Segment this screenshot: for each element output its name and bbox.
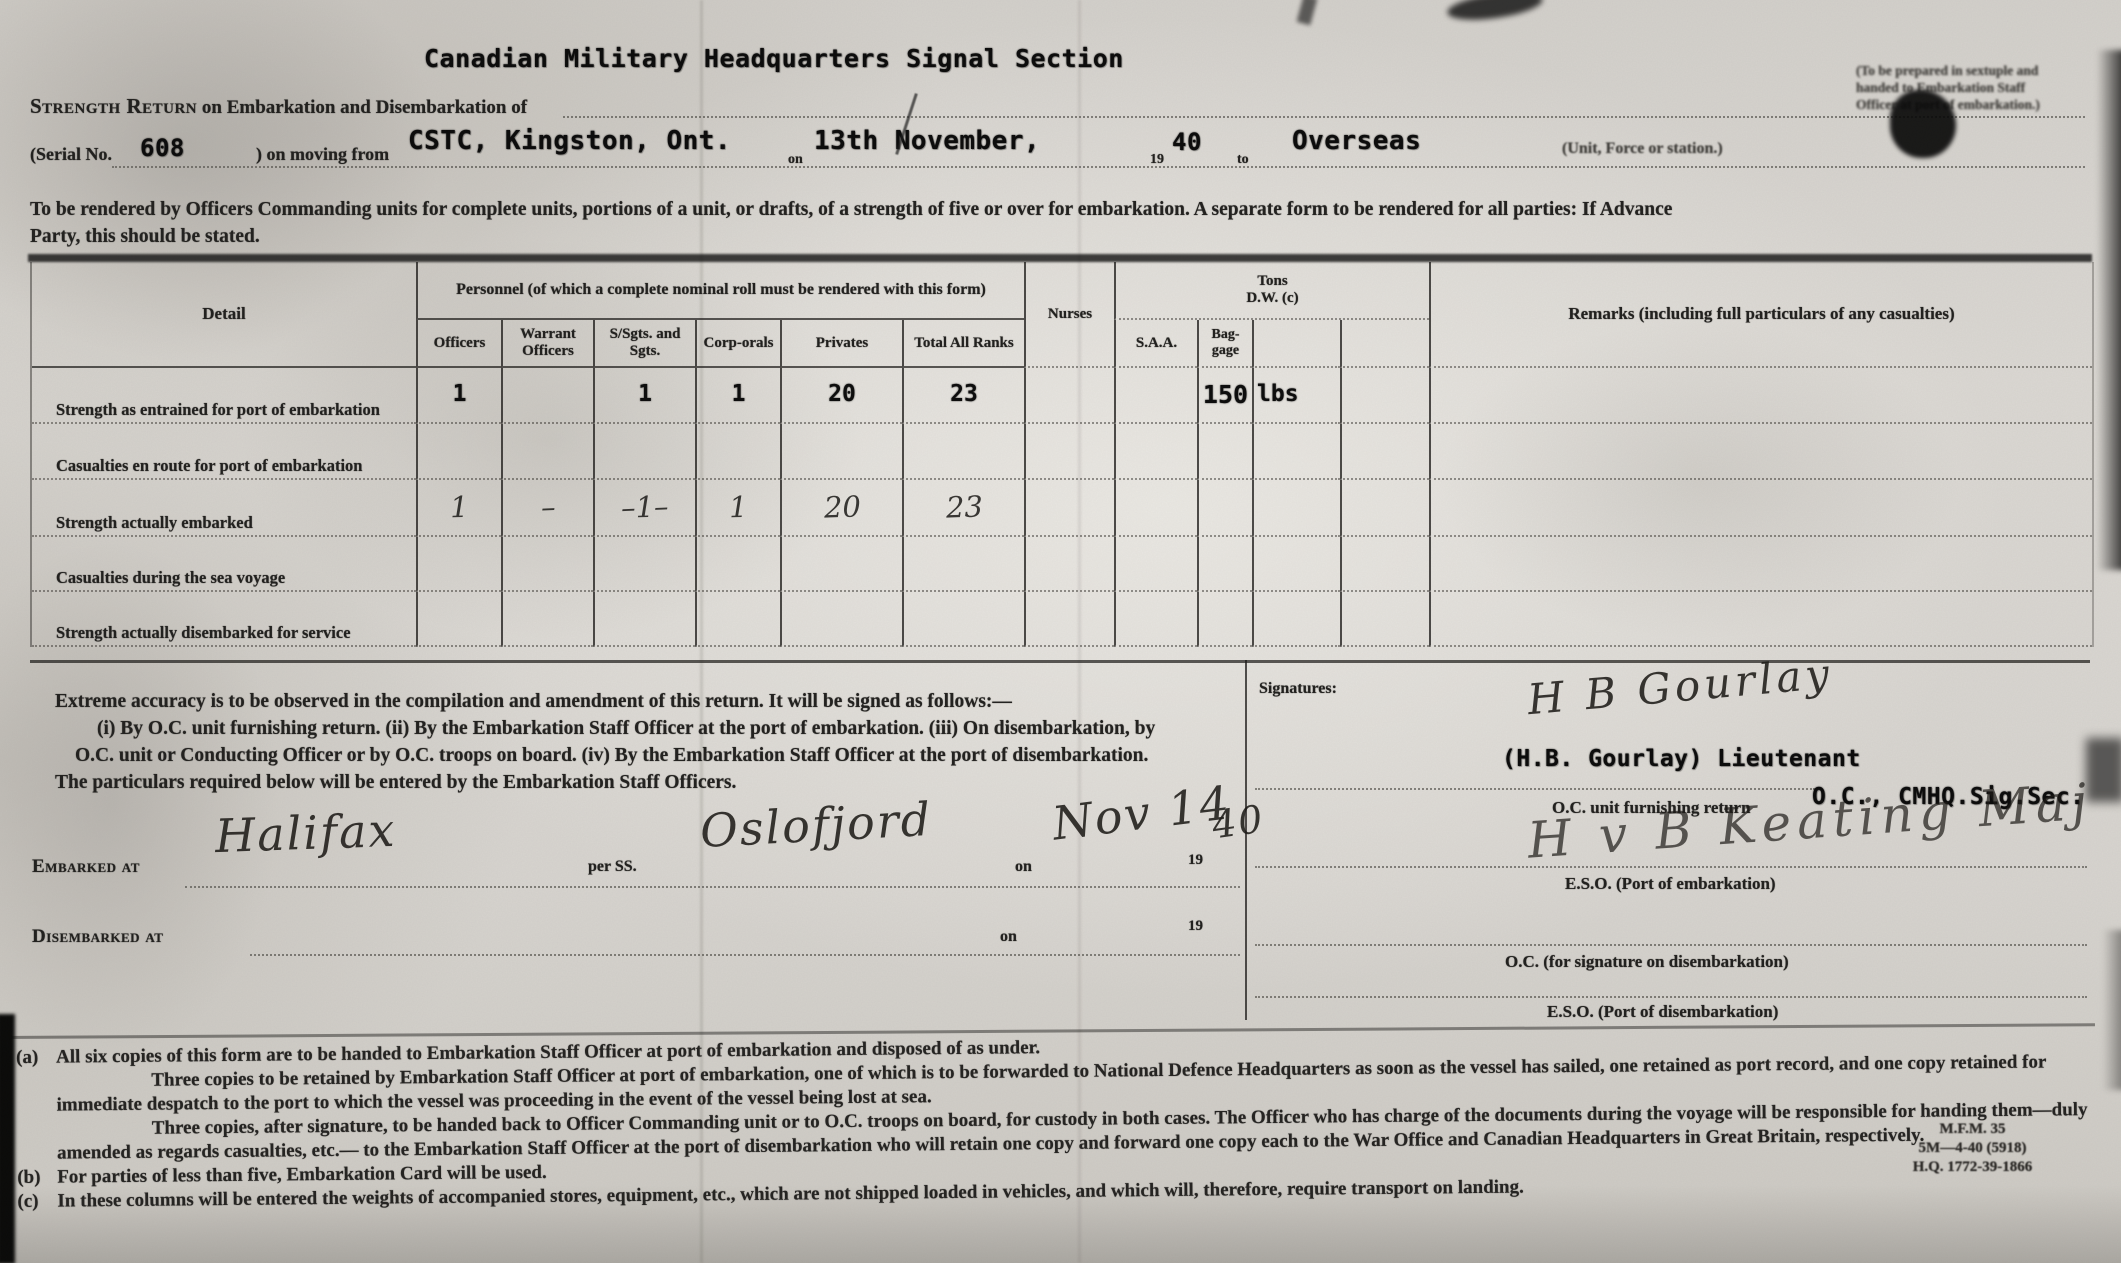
dotted-line <box>1255 996 2087 998</box>
cell-disembarked-officers <box>416 592 501 647</box>
to-label: to <box>1237 152 1249 168</box>
cell-embarked-nurses <box>1024 480 1114 537</box>
unit-force-note: (Unit, Force or station.) <box>1562 140 1723 158</box>
cell-entrained-officers: 1 <box>416 368 501 424</box>
origin-value: CSTC, Kingston, Ont. <box>408 126 731 156</box>
cell-enroute-officers <box>416 424 501 480</box>
cell-voyage-remarks <box>1429 537 2092 592</box>
nurses-column-header: Nurses <box>1024 262 1114 368</box>
cell-disembarked-warrant <box>501 592 593 647</box>
cell-voyage-sgts <box>593 537 695 592</box>
form-title-rest: on Embarkation and Disembarkation of <box>197 97 527 118</box>
cell-voyage-baggage <box>1197 537 1252 592</box>
col-header-tons-blank2 <box>1340 320 1429 368</box>
eso-signature-script: H v B Keating Maj <box>1526 772 2095 869</box>
remarks-column-header: Remarks (including full particulars of a… <box>1429 262 2092 368</box>
cell-disembarked-nurses <box>1024 592 1114 647</box>
on-label: on <box>788 152 803 168</box>
cell-voyage-officers <box>416 537 501 592</box>
row-label-entrained: Strength as entrained for port of embark… <box>32 368 416 424</box>
cell-enroute-saa <box>1114 424 1197 480</box>
cell-embarked-saa <box>1114 480 1197 537</box>
footnote-a-label: (a) <box>16 1046 38 1070</box>
cell-voyage-privates <box>780 537 902 592</box>
scan-artifact-right-edge-lower <box>2103 930 2121 1090</box>
tons-header-line1: Tons <box>1257 273 1287 290</box>
cell-voyage-corporals <box>695 537 780 592</box>
disembarked-on-label: on <box>1000 928 1017 946</box>
cell-disembarked-corporals <box>695 592 780 647</box>
typed-unit-title: Canadian Military Headquarters Signal Se… <box>424 44 1124 73</box>
prepare-note: (To be prepared in sextuple and handed t… <box>1856 62 2064 113</box>
scan-artifact-left-black-bar <box>0 1014 15 1263</box>
accuracy-paragraph: Extreme accuracy is to be observed in th… <box>55 688 1215 796</box>
row-label-actually-embarked: Strength actually embarked <box>32 480 416 537</box>
embarked-at-value: Halifax <box>214 803 397 863</box>
cell-embarked-tons2 <box>1340 480 1429 537</box>
tons-header-line2: D.W. (c) <box>1246 290 1298 307</box>
scanned-embarkation-form: Canadian Military Headquarters Signal Se… <box>0 0 2121 1263</box>
col-header-tons-blank1 <box>1252 320 1340 368</box>
embarked-year-prefix: 19 <box>1188 852 1203 869</box>
accuracy-line4: The particulars required below will be e… <box>55 769 1215 796</box>
cell-enroute-sgts <box>593 424 695 480</box>
scan-artifact-top-mark <box>1446 0 1544 25</box>
dotted-line <box>1255 788 1815 790</box>
cell-entrained-remarks <box>1429 368 2092 424</box>
cell-entrained-corporals: 1 <box>695 368 780 424</box>
strength-table: Detail Personnel (of which a complete no… <box>30 262 2094 647</box>
cell-entrained-baggage: 150 <box>1197 368 1252 424</box>
cell-enroute-privates <box>780 424 902 480</box>
scan-artifact-top-mark-small <box>1297 0 1318 25</box>
cell-enroute-remarks <box>1429 424 2092 480</box>
form-ref-line2: 5M—4-40 (5918) <box>1890 1139 2055 1158</box>
cell-voyage-tons1 <box>1252 537 1340 592</box>
embarked-at-label: Embarked at <box>32 856 140 878</box>
cell-entrained-sgts: 1 <box>593 368 695 424</box>
dotted-line <box>112 166 2085 168</box>
cell-entrained-warrant <box>501 368 593 424</box>
col-header-corporals: Corp-orals <box>695 320 780 368</box>
year-value: 40 <box>1172 128 1202 156</box>
cell-voyage-total <box>902 537 1024 592</box>
accuracy-line3: O.C. unit or Conducting Officer or by O.… <box>75 742 1215 769</box>
instructions-line1: To be rendered by Officers Commanding un… <box>30 196 2108 223</box>
form-reference-numbers: M.F.M. 35 5M—4-40 (5918) H.Q. 1772-39-18… <box>1890 1120 2055 1177</box>
instructions-paragraph: To be rendered by Officers Commanding un… <box>30 196 2108 250</box>
cell-enroute-warrant <box>501 424 593 480</box>
year-prefix: 19 <box>1150 152 1164 168</box>
signatures-box: Signatures: H B Gourlay (H.B. Gourlay) L… <box>1245 660 2092 1020</box>
row-label-casualties-en-route: Casualties en route for port of embarkat… <box>32 424 416 480</box>
personnel-group-header: Personnel (of which a complete nominal r… <box>416 262 1024 320</box>
cell-embarked-corporals: 1 <box>695 480 780 537</box>
cell-entrained-tons2 <box>1340 368 1429 424</box>
move-date-value: 13th November, <box>814 126 1040 156</box>
destination-value: Overseas <box>1292 126 1421 156</box>
cell-entrained-saa <box>1114 368 1197 424</box>
table-top-rule <box>28 254 2092 262</box>
col-header-officers: Officers <box>416 320 501 368</box>
cell-embarked-baggage <box>1197 480 1252 537</box>
cell-disembarked-privates <box>780 592 902 647</box>
disembarked-at-label: Disembarked at <box>32 926 163 948</box>
cell-enroute-tons2 <box>1340 424 1429 480</box>
tons-group-header: Tons D.W. (c) <box>1114 262 1429 320</box>
dotted-line <box>563 116 2085 118</box>
cell-voyage-nurses <box>1024 537 1114 592</box>
cell-embarked-privates: 20 <box>780 480 902 537</box>
footnotes: (a) All six copies of this form are to b… <box>16 1026 2096 1214</box>
serial-value: 608 <box>140 134 185 162</box>
serial-label: (Serial No. <box>30 144 112 165</box>
cell-entrained-total: 23 <box>902 368 1024 424</box>
form-ref-line1: M.F.M. 35 <box>1890 1120 2055 1139</box>
form-ref-line3: H.Q. 1772-39-1866 <box>1890 1158 2055 1177</box>
col-header-saa: S.A.A. <box>1114 320 1197 368</box>
eso-embarkation-label: E.S.O. (Port of embarkation) <box>1565 874 1776 894</box>
cell-embarked-total: 23 <box>902 480 1024 537</box>
cell-enroute-nurses <box>1024 424 1114 480</box>
dotted-line <box>1255 866 2087 868</box>
dotted-line <box>185 886 1240 888</box>
dotted-line <box>1255 944 2087 946</box>
ship-name-value: Oslofjord <box>699 792 934 858</box>
disembarked-year-prefix: 19 <box>1188 918 1203 935</box>
cell-enroute-total <box>902 424 1024 480</box>
row-label-casualties-voyage: Casualties during the sea voyage <box>32 537 416 592</box>
cell-disembarked-total <box>902 592 1024 647</box>
cell-voyage-tons2 <box>1340 537 1429 592</box>
detail-column-header: Detail <box>32 262 416 368</box>
cell-disembarked-sgts <box>593 592 695 647</box>
oc-signature-script: H B Gourlay <box>1525 649 1834 725</box>
oc-disembarkation-label: O.C. (for signature on disembarkation) <box>1505 952 1789 972</box>
oc-signature-typed-name: (H.B. Gourlay) Lieutenant <box>1502 746 1861 772</box>
form-title: Strength Return on Embarkation and Disem… <box>30 94 527 119</box>
cell-disembarked-remarks <box>1429 592 2092 647</box>
cell-enroute-corporals <box>695 424 780 480</box>
cell-voyage-warrant <box>501 537 593 592</box>
footnote-b-label: (b) <box>17 1166 40 1190</box>
scan-artifact-right-edge <box>2097 50 2121 570</box>
signatures-label: Signatures: <box>1259 680 1337 698</box>
instructions-line2: Party, this should be stated. <box>30 223 2108 250</box>
row-label-actually-disembarked: Strength actually disembarked for servic… <box>32 592 416 647</box>
cell-entrained-baggage-unit: lbs <box>1252 368 1340 424</box>
cell-enroute-tons1 <box>1252 424 1340 480</box>
cell-disembarked-baggage <box>1197 592 1252 647</box>
moving-from-label: ) on moving from <box>256 144 389 165</box>
col-header-privates: Privates <box>780 320 902 368</box>
col-header-baggage: Bag-gage <box>1197 320 1252 368</box>
cell-disembarked-saa <box>1114 592 1197 647</box>
cell-enroute-baggage <box>1197 424 1252 480</box>
cell-disembarked-tons1 <box>1252 592 1340 647</box>
cell-entrained-privates: 20 <box>780 368 902 424</box>
per-ss-label: per SS. <box>588 858 637 876</box>
embarked-on-label: on <box>1015 858 1032 876</box>
cell-voyage-saa <box>1114 537 1197 592</box>
form-title-strength-return: Strength Return <box>30 94 197 118</box>
cell-embarked-officers: 1 <box>416 480 501 537</box>
cell-embarked-warrant: – <box>501 480 593 537</box>
accuracy-line1: Extreme accuracy is to be observed in th… <box>55 688 1215 715</box>
cell-embarked-tons1 <box>1252 480 1340 537</box>
col-header-total-all-ranks: Total All Ranks <box>902 320 1024 368</box>
cell-embarked-sgts: –1– <box>593 480 695 537</box>
accuracy-line2: (i) By O.C. unit furnishing return. (ii)… <box>97 715 1215 742</box>
eso-disembarkation-label: E.S.O. (Port of disembarkation) <box>1547 1002 1778 1022</box>
cell-embarked-remarks <box>1429 480 2092 537</box>
footnote-c-label: (c) <box>17 1190 38 1214</box>
cell-disembarked-tons2 <box>1340 592 1429 647</box>
cell-entrained-nurses <box>1024 368 1114 424</box>
col-header-ssgts-sgts: S/Sgts. and Sgts. <box>593 320 695 368</box>
col-header-warrant-officers: Warrant Officers <box>501 320 593 368</box>
dotted-line <box>250 954 1240 956</box>
